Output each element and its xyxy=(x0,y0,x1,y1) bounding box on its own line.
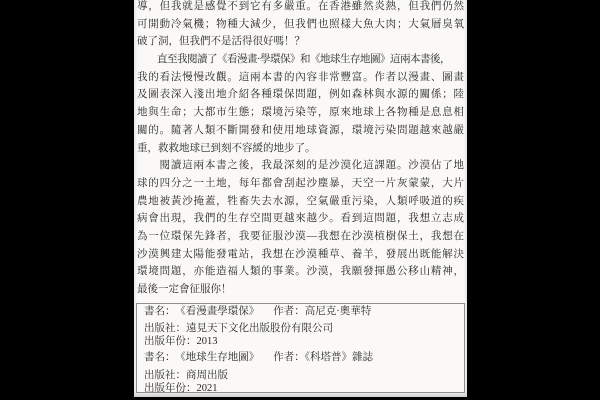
book2-title-label: 書名： xyxy=(144,352,176,363)
book1-year-row: 出版年份：2013 xyxy=(144,335,459,348)
essay-line: 病會出現，我們的生存空間更越來越少。看到這問題，我想立志成 xyxy=(137,210,464,228)
screenshot-root: 導，但我就是感覺不到它有多嚴重。在香港雖然炎熱，但我們仍然 可開動冷氣機；物種大… xyxy=(0,0,600,400)
book1-author: 高尼克·奧華特 xyxy=(305,306,372,317)
essay-line: 可開動冷氣機；物種大減少，但我們也照樣大魚大肉；大氣層臭氧 xyxy=(137,16,464,34)
book2-year-label: 出版年份： xyxy=(144,383,197,394)
book2-year-row: 出版年份：2021 xyxy=(144,382,459,395)
letterbox-left xyxy=(0,0,134,400)
essay-line: 最後一定會征服你！ xyxy=(137,281,464,299)
book1-year-label: 出版年份： xyxy=(144,336,197,347)
essay-line: 為一位環保先鋒者，我要征服沙漠—我想在沙漠植樹保土，我想在 xyxy=(137,228,464,246)
book1-title-row: 書名：《看漫畫學環保》作者：高尼克·奧華特 xyxy=(144,305,459,318)
book2-year: 2021 xyxy=(197,383,218,394)
essay-line: 閱讀這兩本書之後，我最深刻的是沙漠化這課題。沙漠佔了地 xyxy=(137,157,464,175)
essay-line: 環境問題，亦能造福人類的事業。沙漠，我願發揮愚公移山精神， xyxy=(137,263,464,281)
book1-year: 2013 xyxy=(197,336,218,347)
essay-line: 重，救救地球已到刻不容緩的地步了。 xyxy=(137,140,464,158)
book2-title: 《地球生存地圖》 xyxy=(181,352,260,363)
essay-line: 及圖表深入淺出地介紹各種環保問題，例如森林與水源的關係；陸 xyxy=(137,86,464,104)
book1-author-label: 作者： xyxy=(273,306,305,317)
letterbox-right xyxy=(467,0,600,400)
essay-line: 我的看法慢慢改觀。這兩本書的內容非常豐富。作者以漫畫、圖畫 xyxy=(137,69,464,87)
book2-author: 《科塔普》雜誌 xyxy=(305,352,373,363)
book1-publisher-row: 出版社：遠見天下文化出版股份有限公司 xyxy=(144,322,459,335)
book2-publisher-label: 出版社： xyxy=(144,370,186,381)
book2-publisher-row: 出版社：商周出版 xyxy=(144,369,459,382)
book2-publisher: 商周出版 xyxy=(186,370,228,381)
essay-line: 直至我閱讀了《看漫畫·學環保》和《地球生存地圖》這兩本書後， xyxy=(137,51,464,69)
essay-line: 沙漠興建太陽能發電站，我想在沙漠種草、養羊，發展出既能解決 xyxy=(137,246,464,264)
book2-author-label: 作者： xyxy=(273,352,305,363)
book1-title: 《看漫畫學環保》 xyxy=(181,306,260,317)
essay-body: 導，但我就是感覺不到它有多嚴重。在香港雖然炎熱，但我們仍然 可開動冷氣機；物種大… xyxy=(137,0,464,299)
essay-line: 地與生命；大都市生態；環境污染等，原來地球上各物種是息息相 xyxy=(137,104,464,122)
essay-line: 導，但我就是感覺不到它有多嚴重。在香港雖然炎熱，但我們仍然 xyxy=(137,0,464,16)
document-page: 導，但我就是感覺不到它有多嚴重。在香港雖然炎熱，但我們仍然 可開動冷氣機；物種大… xyxy=(134,0,467,397)
essay-line: 農地被黃沙掩蓋，牲畜失去水源，空氣嚴重污染，人類呼吸道的疾 xyxy=(137,193,464,211)
book1-publisher: 遠見天下文化出版股份有限公司 xyxy=(186,323,333,334)
essay-line: 關的。隨著人類不斷開發和使用地球資源，環境污染問題越來越嚴 xyxy=(137,122,464,140)
book2-title-row: 書名：《地球生存地圖》作者：《科塔普》雜誌 xyxy=(144,351,459,364)
essay-line: 球的四分之一土地，每年都會刮起沙塵暴，天空一片灰蒙蒙，大片 xyxy=(137,175,464,193)
essay-line: 破了洞，但我們不是活得很好嗎！？ xyxy=(137,33,464,51)
book-reference-box: 書名：《看漫畫學環保》作者：高尼克·奧華特 出版社：遠見天下文化出版股份有限公司… xyxy=(136,303,465,393)
book1-title-label: 書名： xyxy=(144,306,176,317)
book1-publisher-label: 出版社： xyxy=(144,323,186,334)
